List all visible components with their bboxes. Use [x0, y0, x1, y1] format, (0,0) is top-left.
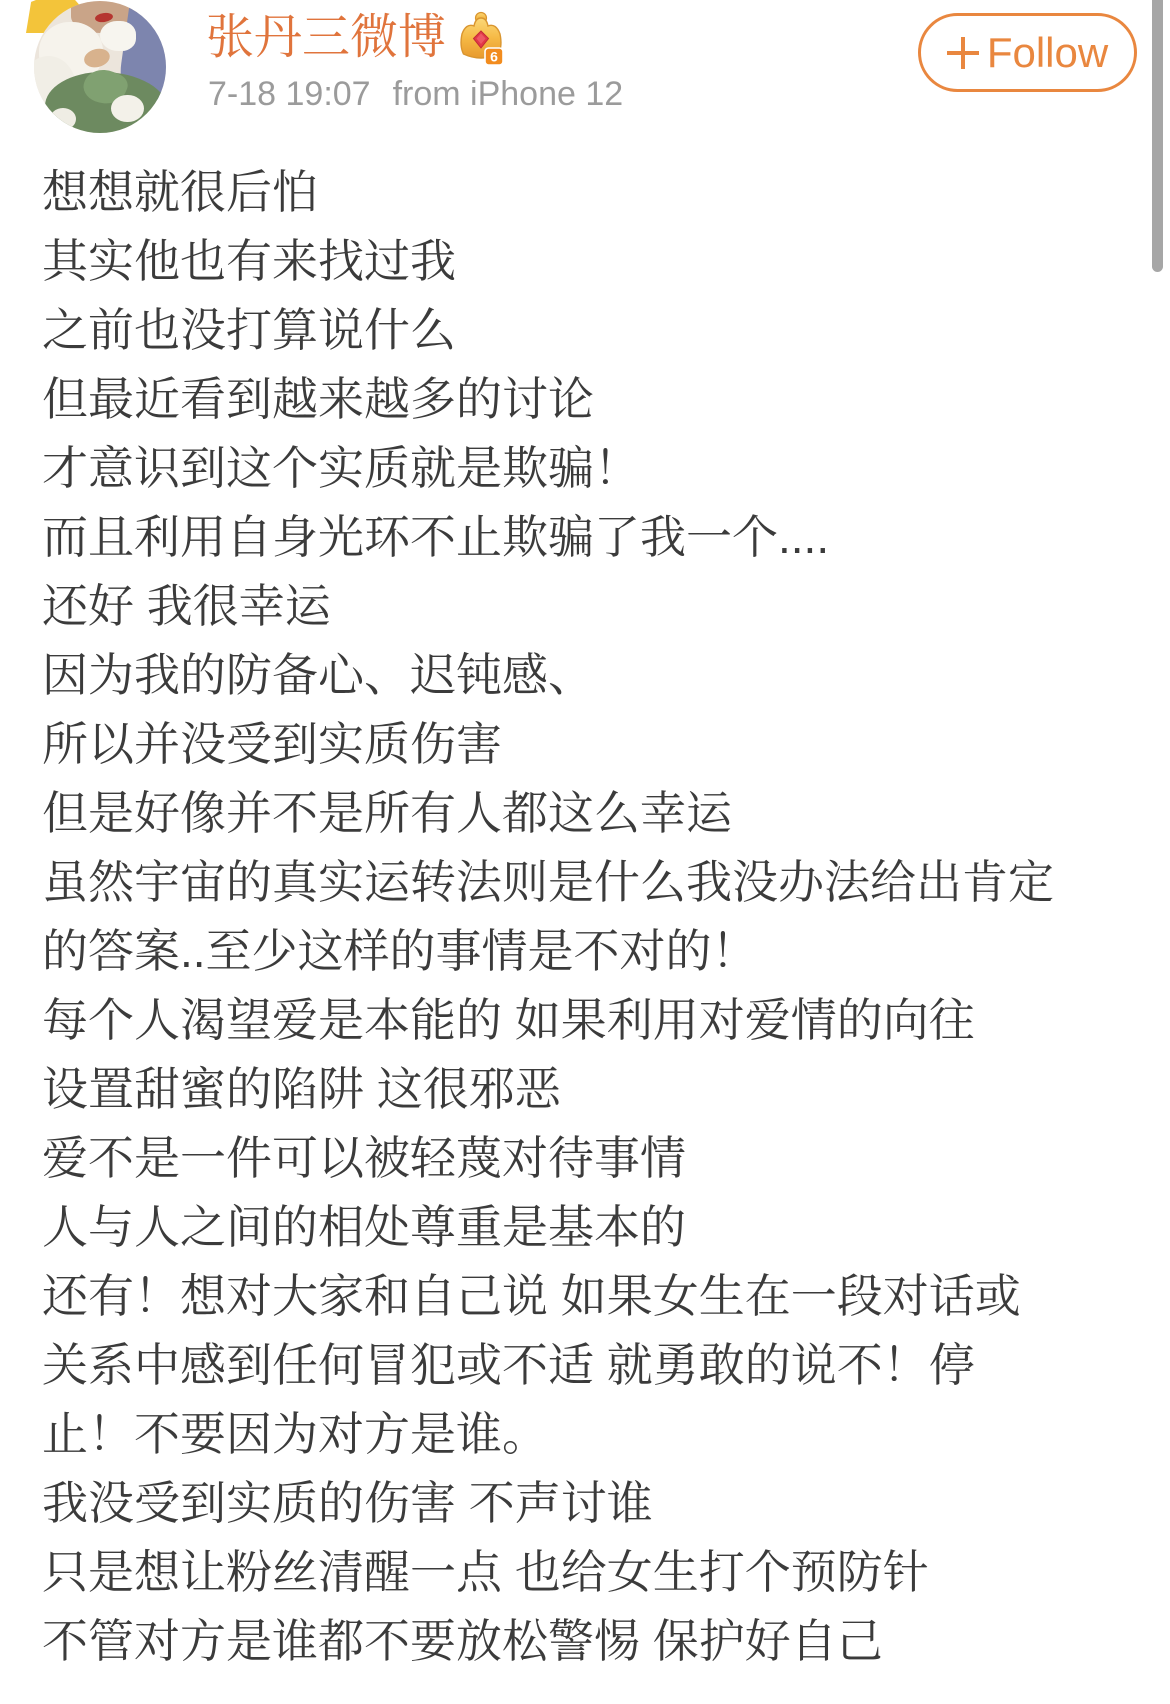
- post-text-line: 因为我的防备心、迟钝感、: [42, 641, 1142, 710]
- post-text-line: 关系中感到任何冒犯或不适 就勇敢的说不！停: [42, 1331, 1142, 1400]
- follow-button[interactable]: Follow: [918, 13, 1137, 92]
- post-source: from iPhone 12: [393, 75, 624, 113]
- avatar[interactable]: [34, 1, 166, 133]
- post-text-line: 爱不是一件可以被轻蔑对待事情: [42, 1124, 1142, 1193]
- post-text-line: 才意识到这个实质就是欺骗！: [42, 434, 1142, 503]
- vip-level-number: 6: [490, 49, 498, 65]
- post-text-line: 设置甜蜜的陷阱 这很邪恶: [42, 1055, 1142, 1124]
- post-text: 想想就很后怕其实他也有来找过我之前也没打算说什么但最近看到越来越多的讨论才意识到…: [42, 158, 1142, 1676]
- post-text-line: 不管对方是谁都不要放松警惕 保护好自己: [42, 1607, 1142, 1676]
- post-text-line: 人与人之间的相处尊重是基本的: [42, 1193, 1142, 1262]
- post-text-line: 我没受到实质的伤害 不声讨谁: [42, 1469, 1142, 1538]
- weibo-post-page: 张丹三微博 6 7-18 19:07from iPhone 1: [0, 0, 1170, 1704]
- username[interactable]: 张丹三微博: [206, 10, 446, 66]
- post-text-line: 所以并没受到实质伤害: [42, 710, 1142, 779]
- post-text-line: 止！不要因为对方是谁。: [42, 1400, 1142, 1469]
- plus-icon: [947, 37, 979, 69]
- vip-crown-badge-icon: 6: [455, 10, 507, 68]
- post-header: 张丹三微博 6 7-18 19:07from iPhone 1: [0, 0, 1170, 140]
- post-text-line: 的答案..至少这样的事情是不对的！: [42, 917, 1142, 986]
- post-text-line: 但是好像并不是所有人都这么幸运: [42, 779, 1142, 848]
- post-text-line: 但最近看到越来越多的讨论: [42, 365, 1142, 434]
- post-text-line: 其实他也有来找过我: [42, 227, 1142, 296]
- post-text-line: 之前也没打算说什么: [42, 296, 1142, 365]
- post-text-line: 还有！想对大家和自己说 如果女生在一段对话或: [42, 1262, 1142, 1331]
- post-text-line: 只是想让粉丝清醒一点 也给女生打个预防针: [42, 1538, 1142, 1607]
- post-text-line: 而且利用自身光环不止欺骗了我一个....: [42, 503, 1142, 572]
- post-text-line: 想想就很后怕: [42, 158, 1142, 227]
- post-timestamp: 7-18 19:07: [208, 75, 371, 113]
- scrollbar-thumb[interactable]: [1152, 0, 1163, 272]
- post-text-line: 虽然宇宙的真实运转法则是什么我没办法给出肯定: [42, 848, 1142, 917]
- post-text-line: 还好 我很幸运: [42, 572, 1142, 641]
- post-meta: 7-18 19:07from iPhone 12: [208, 74, 623, 114]
- post-text-line: 每个人渴望爱是本能的 如果利用对爱情的向往: [42, 986, 1142, 1055]
- follow-button-label: Follow: [987, 29, 1108, 77]
